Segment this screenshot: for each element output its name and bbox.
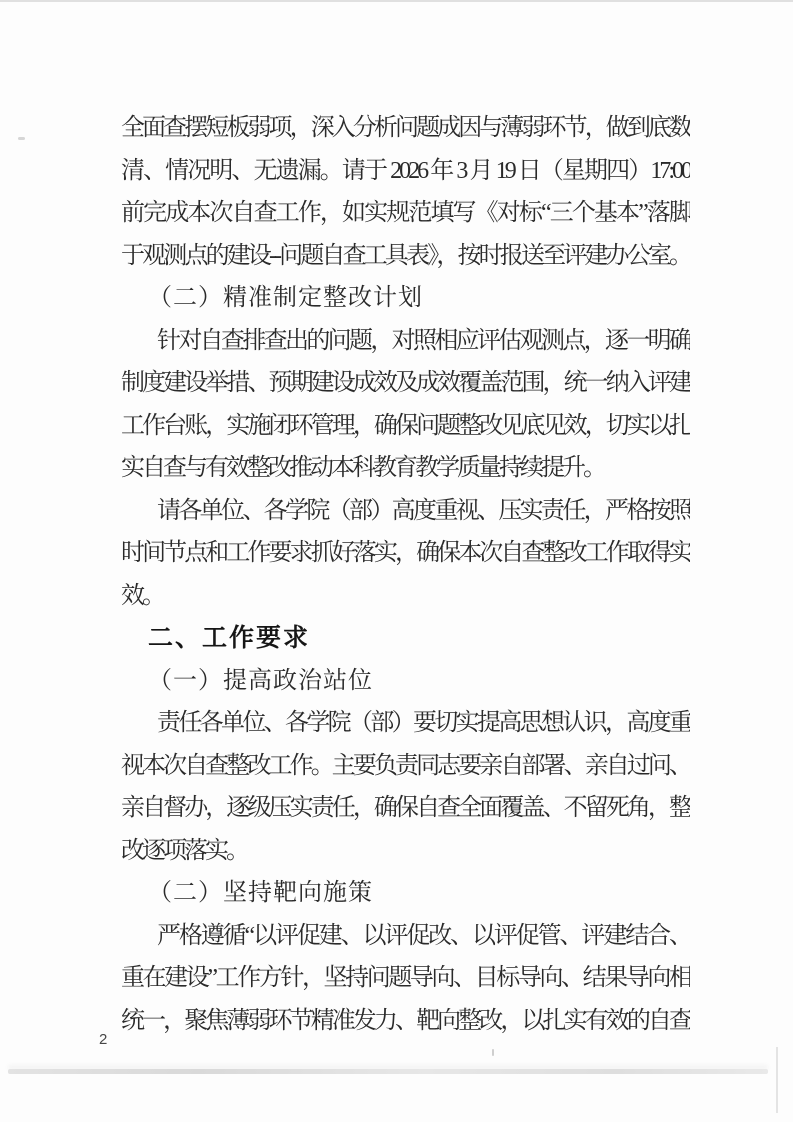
text-line: 改逐项落实。: [121, 830, 690, 873]
text-line: 严格遵循“以评促建、以评促改、以评促管、评建结合、: [121, 915, 690, 958]
text-line: 效。: [121, 575, 690, 618]
text-line: 全面查摆短板弱项，深入分析问题成因与薄弱环节，做到底数: [121, 107, 690, 150]
text-line: 于观测点的建设--问题自查工具表》，按时报送至评建办公室。: [121, 235, 690, 278]
text-line: 工作台账，实施闭环管理，确保问题整改见底见效，切实以扎: [121, 405, 690, 448]
text-line: 实自查与有效整改推动本科教育教学质量持续提升。: [121, 447, 690, 490]
scan-artifact-top-edge: [0, 0, 793, 2]
scan-artifact-right-line: [776, 1047, 778, 1113]
subsection-heading: （二）坚持靶向施策: [121, 872, 690, 915]
text-line: 请各单位、各学院（部）高度重视、压实责任，严格按照: [121, 490, 690, 533]
text-line: 制度建设举措、预期建设成效及成效覆盖范围，统一纳入评建: [121, 362, 690, 405]
scan-artifact-bottom-band: [8, 1069, 768, 1074]
subsection-heading: （二）精准制定整改计划: [121, 277, 690, 320]
text-line: 视本次自查整改工作。主要负责同志要亲自部署、亲自过问、: [121, 745, 690, 788]
section-heading: 二、工作要求: [121, 617, 690, 660]
scan-speck: [492, 1049, 494, 1056]
text-line: 清、情况明、无遗漏。请于 2026 年 3 月 19 日（星期四）17:00: [121, 150, 690, 193]
document-body: 全面查摆短板弱项，深入分析问题成因与薄弱环节，做到底数 清、情况明、无遗漏。请于…: [121, 107, 690, 1042]
page-number: 2: [99, 1031, 107, 1049]
text-line: 时间节点和工作要求抓好落实，确保本次自查整改工作取得实: [121, 532, 690, 575]
text-line: 亲自督办，逐级压实责任，确保自查全面覆盖、不留死角，整: [121, 787, 690, 830]
scan-speck: [18, 137, 25, 140]
subsection-heading: （一）提高政治站位: [121, 660, 690, 703]
text-line: 针对自查排查出的问题，对照相应评估观测点，逐一明确: [121, 320, 690, 363]
text-line: 责任各单位、各学院（部）要切实提高思想认识，高度重: [121, 702, 690, 745]
text-line: 前完成本次自查工作，如实规范填写《对标“三个基本”落脚: [121, 192, 690, 235]
text-line: 重在建设”工作方针，坚持问题导向、目标导向、结果导向相: [121, 957, 690, 1000]
scanned-document-page: 全面查摆短板弱项，深入分析问题成因与薄弱环节，做到底数 清、情况明、无遗漏。请于…: [0, 0, 793, 1122]
text-line: 统一，聚焦薄弱环节精准发力、靶向整改，以扎实有效的自查: [121, 1000, 690, 1043]
